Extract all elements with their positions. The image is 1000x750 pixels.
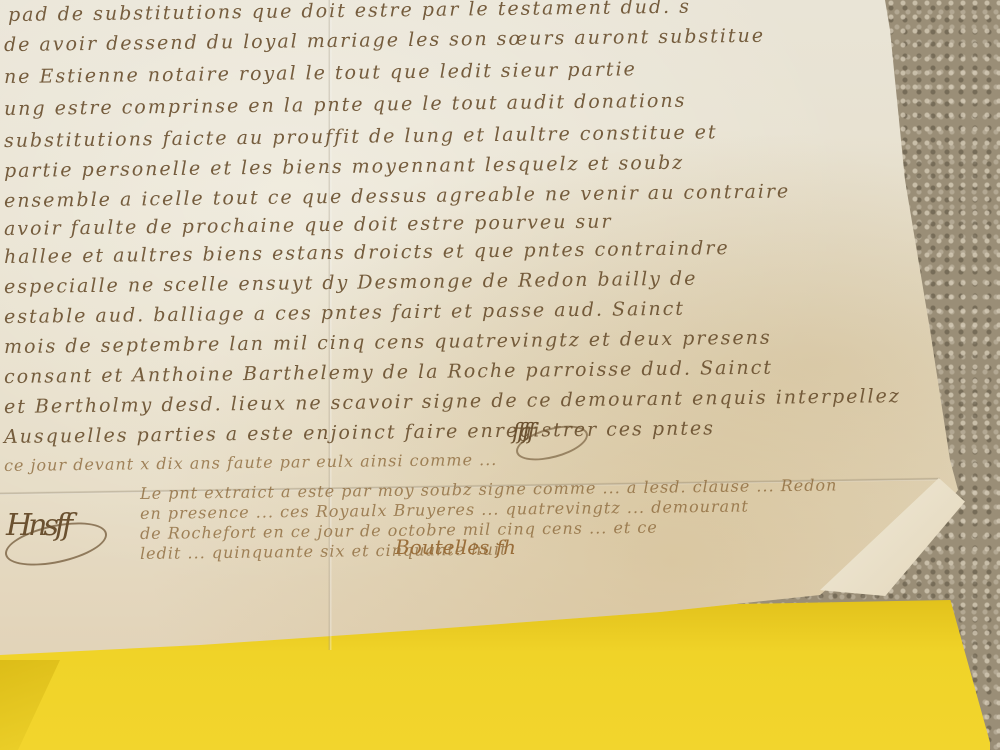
left-signature: Hnsff [6,508,69,543]
notary-signature: Boutelles fh [395,535,516,559]
middle-signature: ffff [512,420,533,445]
